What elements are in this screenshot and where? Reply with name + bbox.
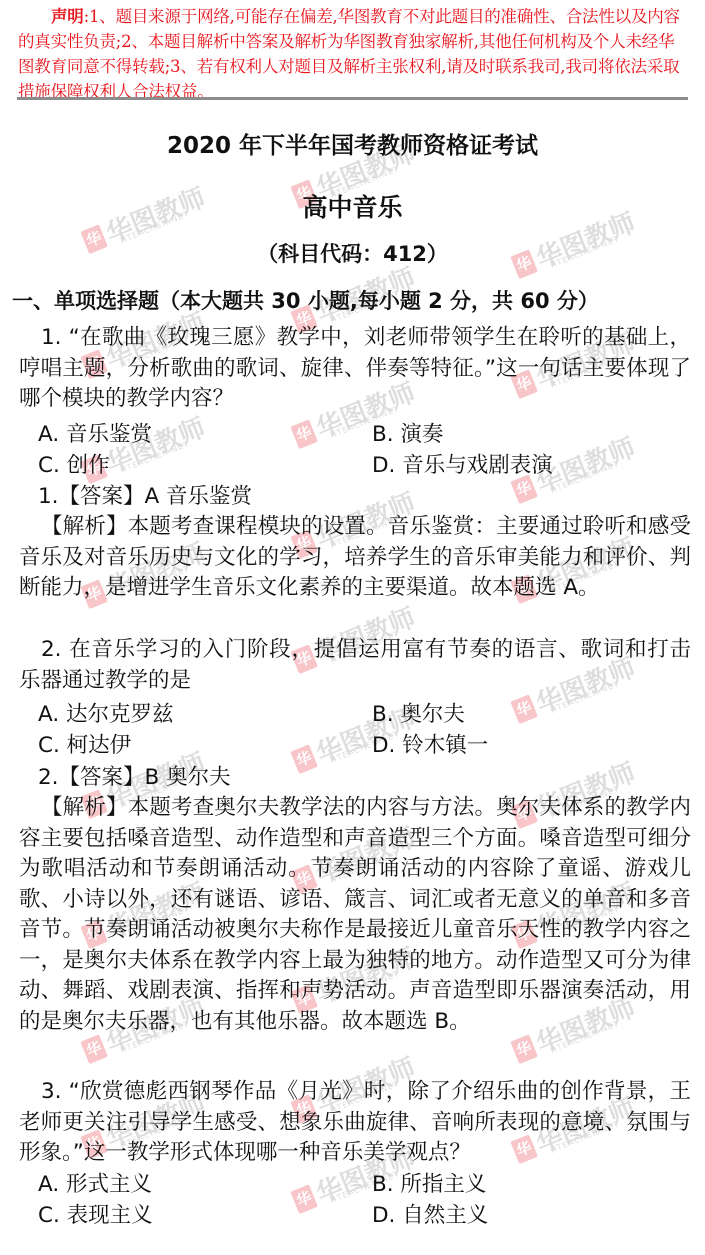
option-b: B. 所指主义 [372, 1170, 486, 1201]
option-d: D. 铃木镇一 [372, 731, 488, 762]
disclaimer-label: 声明 [51, 7, 84, 26]
analysis-paragraph: 【解析】本题考查课程模块的设置。音乐鉴赏：主要通过聆听和感受音乐及对音乐历史与文… [19, 512, 691, 604]
disclaimer-text: :1、题目来源于网络,可能存在偏差,华图教育不对此题目的准确性、合法性以及内容的… [18, 7, 680, 101]
answer-line: 2.【答案】B 奥尔夫 [38, 763, 231, 794]
option-b: B. 演奏 [372, 420, 443, 451]
subject-title: 高中音乐 [0, 188, 705, 224]
answer-line: 1.【答案】A 音乐鉴赏 [38, 482, 252, 513]
question-stem: 2. 在音乐学习的入门阶段，提倡运用富有节奏的语言、歌词和打击乐器通过教学的是 [19, 635, 691, 696]
option-d: D. 音乐与戏剧表演 [372, 451, 553, 482]
header-divider [17, 97, 688, 100]
disclaimer-notice: 声明:1、题目来源于网络,可能存在偏差,华图教育不对此题目的准确性、合法性以及内… [18, 4, 690, 104]
question-stem: 3. “欣赏德彪西钢琴作品《月光》时，除了介绍乐曲的创作背景，王老师更关注引导学… [19, 1077, 691, 1169]
option-c: C. 创作 [38, 451, 372, 482]
option-c: C. 表现主义 [38, 1201, 372, 1232]
option-a: A. 形式主义 [38, 1170, 372, 1201]
analysis-paragraph: 【解析】本题考查奥尔夫教学法的内容与方法。奥尔夫体系的教学内容主要包括嗓音造型、… [19, 793, 691, 1037]
option-a: A. 音乐鉴赏 [38, 420, 372, 451]
exam-title: 2020 年下半年国考教师资格证考试 [0, 127, 705, 160]
question-stem: 1. “在歌曲《玫瑰三愿》教学中，刘老师带领学生在聆听的基础上，哼唱主题，分析歌… [19, 323, 691, 415]
option-a: A. 达尔克罗兹 [38, 700, 372, 731]
question-options: A. 达尔克罗兹B. 奥尔夫 C. 柯达伊D. 铃木镇一 [38, 700, 688, 761]
question-options: A. 音乐鉴赏B. 演奏 C. 创作D. 音乐与戏剧表演 [38, 420, 688, 481]
question-options: A. 形式主义B. 所指主义 C. 表现主义D. 自然主义 [38, 1170, 688, 1231]
subject-code: （科目代码：412） [0, 238, 705, 268]
option-d: D. 自然主义 [372, 1201, 488, 1232]
option-b: B. 奥尔夫 [372, 700, 465, 731]
section-heading: 一、单项选择题（本大题共 30 小题,每小题 2 分，共 60 分） [12, 285, 599, 315]
option-c: C. 柯达伊 [38, 731, 372, 762]
